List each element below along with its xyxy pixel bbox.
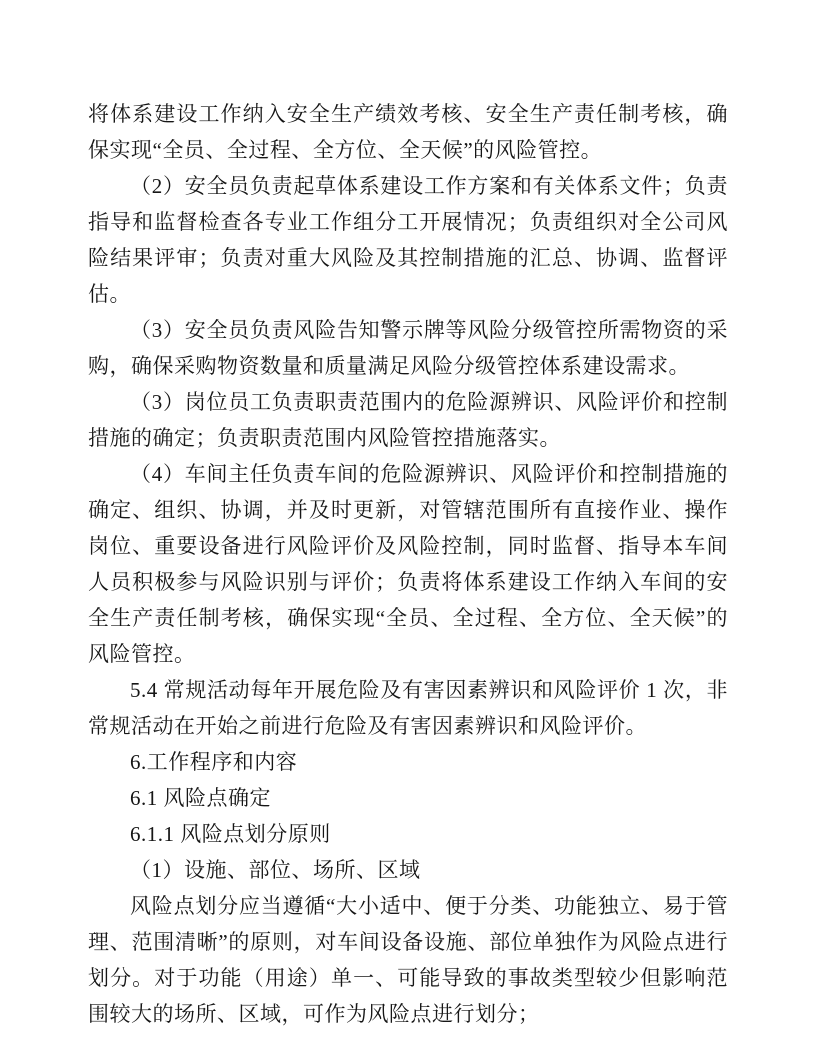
paragraph-10: （1）设施、部位、场所、区域 [88,852,728,888]
paragraph-3: （3）安全员负责风险告知警示牌等风险分级管控所需物资的采购，确保采购物资数量和质… [88,312,728,384]
paragraph-8: 6.1 风险点确定 [88,780,728,816]
paragraph-2: （2）安全员负责起草体系建设工作方案和有关体系文件；负责指导和监督检查各专业工作… [88,168,728,312]
paragraph-9: 6.1.1 风险点划分原则 [88,816,728,852]
paragraph-5: （4）车间主任负责车间的危险源辨识、风险评价和控制措施的确定、组织、协调，并及时… [88,456,728,672]
paragraph-1: 将体系建设工作纳入安全生产绩效考核、安全生产责任制考核，确保实现“全员、全过程、… [88,96,728,168]
document-page: 将体系建设工作纳入安全生产绩效考核、安全生产责任制考核，确保实现“全员、全过程、… [0,0,816,1056]
document-body: 将体系建设工作纳入安全生产绩效考核、安全生产责任制考核，确保实现“全员、全过程、… [88,96,728,1032]
paragraph-11: 风险点划分应当遵循“大小适中、便于分类、功能独立、易于管理、范围清晰”的原则，对… [88,888,728,1032]
paragraph-6: 5.4 常规活动每年开展危险及有害因素辨识和风险评价 1 次，非常规活动在开始之… [88,672,728,744]
paragraph-4: （3）岗位员工负责职责范围内的危险源辨识、风险评价和控制措施的确定；负责职责范围… [88,384,728,456]
paragraph-7: 6.工作程序和内容 [88,744,728,780]
